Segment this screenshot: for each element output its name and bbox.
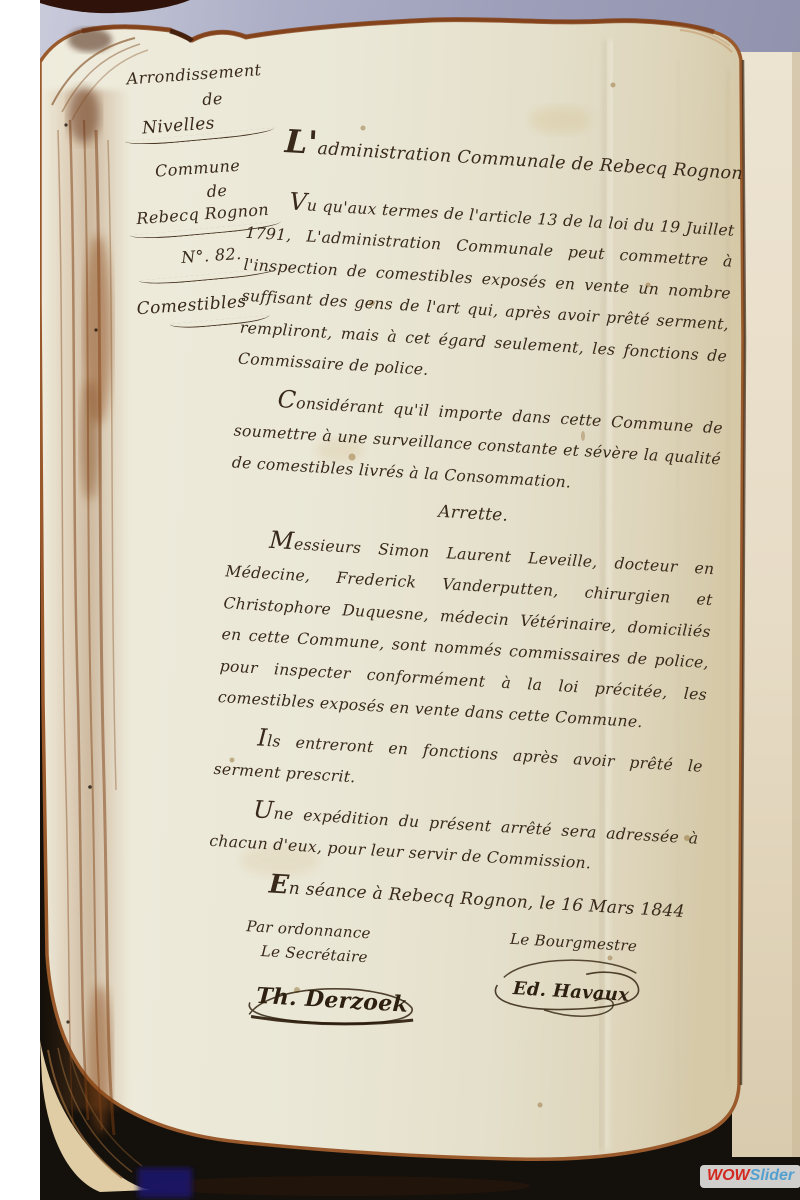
signature-secretary: Par ordonnance Le Secrétaire Th. Derzoek [241, 914, 427, 1032]
secretary-signature-name: Th. Derzoek [256, 983, 409, 1018]
book-cover-edge [40, 0, 190, 13]
burgomaster-signature-name: Ed. Havaux [511, 978, 629, 1006]
secretary-signature-flourish: Th. Derzoek [241, 964, 424, 1033]
paragraph-vu: Vu qu'aux termes de l'article 13 de la l… [237, 183, 736, 404]
margin-line-de: de [202, 83, 311, 110]
photo-of-manuscript: Arrondissement de Nivelles Commune de Re… [40, 0, 800, 1200]
paragraph-nominations: Messieurs Simon Laurent Leveille, docteu… [217, 522, 716, 743]
wowslider-watermark[interactable]: WOWSlider [700, 1165, 800, 1188]
binding-stains [42, 87, 130, 1140]
signature-burgomaster: Le Bourgmestre Ed. Havaux [482, 926, 658, 1046]
decree-text: L'administration Communale de Rebecq Rog… [199, 124, 739, 1048]
blue-object [138, 1168, 192, 1198]
watermark-wow: WOW [707, 1167, 750, 1184]
burgomaster-signature-flourish: Ed. Havaux [484, 950, 657, 1022]
watermark-slider: Slider [750, 1167, 794, 1184]
